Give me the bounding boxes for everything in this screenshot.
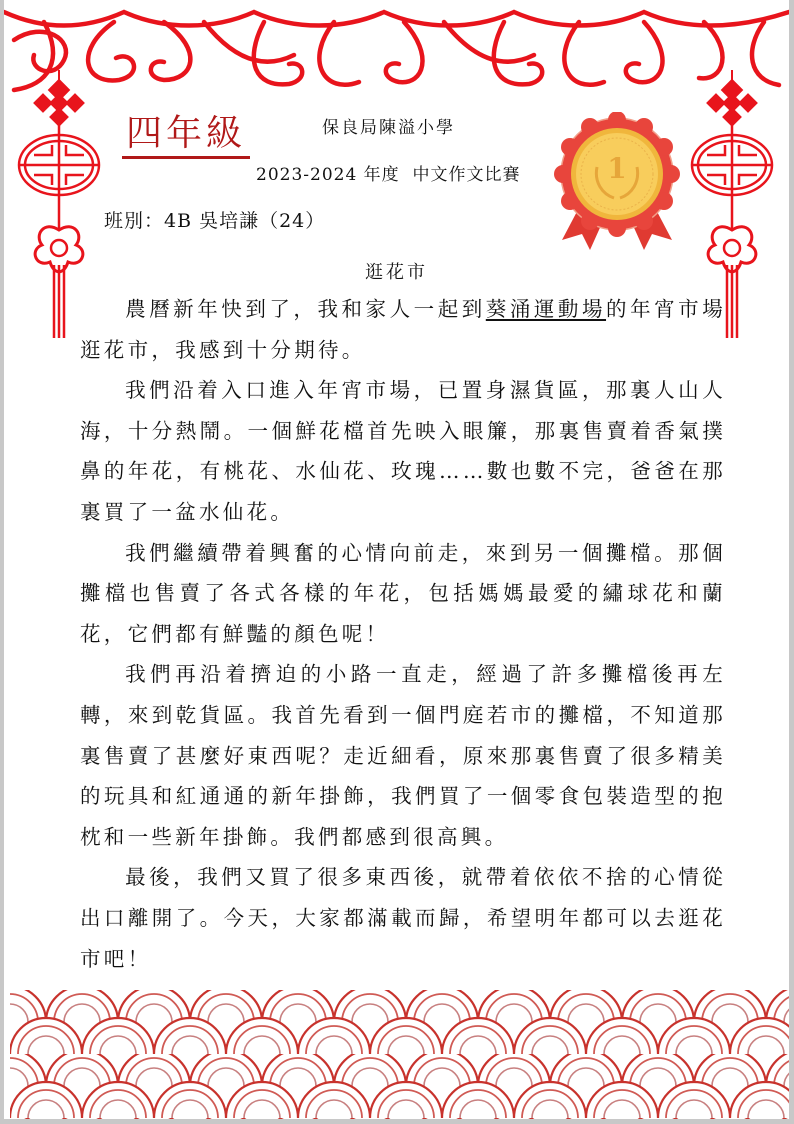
cloud-scroll-border-icon [4, 0, 789, 100]
essay-body: 農曆新年快到了，我和家人一起到葵涌運動場的年宵市場逛花市，我感到十分期待。 我們… [80, 289, 726, 979]
paragraph-text: 農曆新年快到了，我和家人一起到 [125, 297, 486, 321]
essay-paragraph-1: 農曆新年快到了，我和家人一起到葵涌運動場的年宵市場逛花市，我感到十分期待。 [80, 289, 726, 370]
essay-title: 逛花市 [4, 258, 789, 284]
contest-title: 2023-2024 年度 中文作文比賽 [256, 160, 520, 185]
essay-paragraph-2: 我們沿着入口進入年宵市場，已置身濕貨區，那裏人山人海，十分熱鬧。一個鮮花檔首先映… [80, 370, 726, 532]
essay-paragraph-4: 我們再沿着擠迫的小路一直走，經過了許多攤檔後再左轉，來到乾貨區。我首先看到一個門… [80, 654, 726, 857]
gold-medal-icon: 1 [552, 112, 682, 252]
wave-pattern-border-icon [10, 990, 789, 1119]
essay-paragraph-3: 我們繼續帶着興奮的心情向前走，來到另一個攤檔。那個攤檔也售賣了各式各樣的年花，包… [80, 533, 726, 655]
grade-label: 四年級 [122, 112, 250, 159]
underlined-place-name: 葵涌運動場 [486, 297, 606, 321]
school-name: 保良局陳溢小學 [322, 113, 455, 138]
medal-rank: 1 [607, 152, 626, 185]
essay-paragraph-5: 最後，我們又買了很多東西後，就帶着依依不捨的心情從出口離開了。今天，大家都滿載而… [80, 857, 726, 979]
essay-page: 四年級 保良局陳溢小學 2023-2024 年度 中文作文比賽 班別：4B 吳培… [4, 0, 789, 1119]
class-info: 班別：4B 吳培謙（24） [104, 206, 325, 233]
